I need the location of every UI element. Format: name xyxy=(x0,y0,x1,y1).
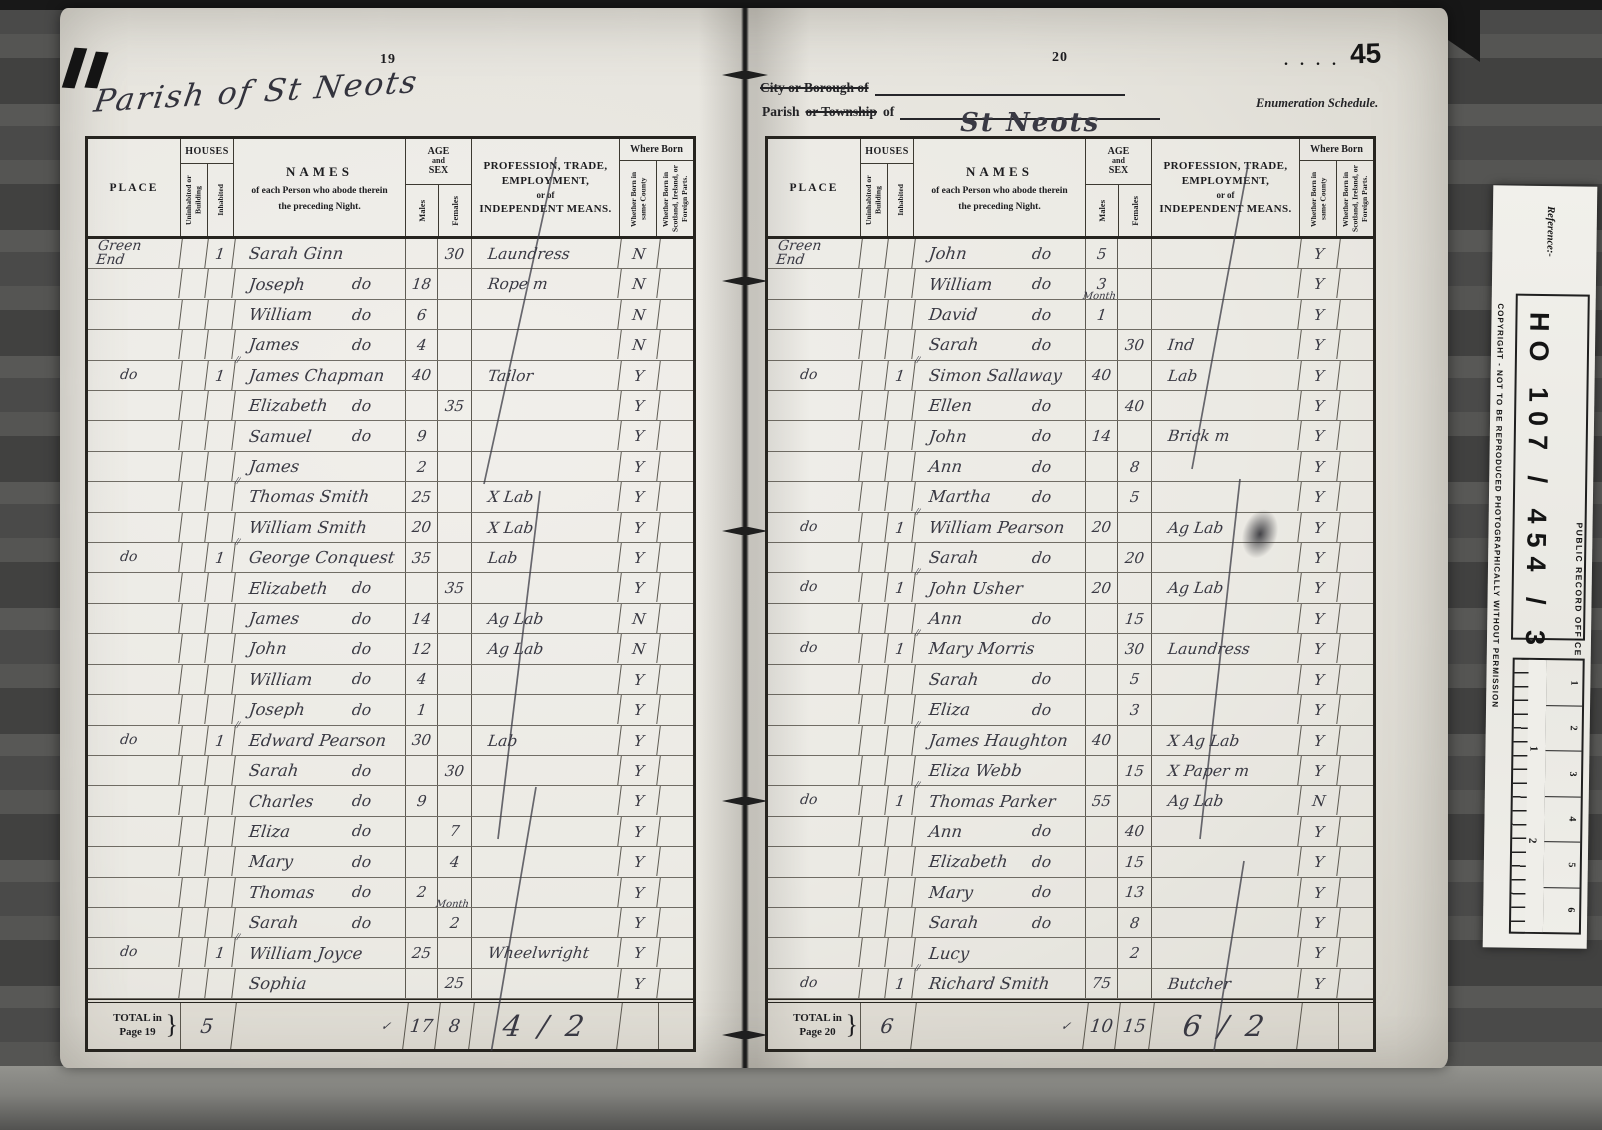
cell-age-female-value: 30 xyxy=(444,245,465,263)
cell-born-elsewhere xyxy=(657,665,695,694)
cell-age-male-value: 25 xyxy=(411,944,432,962)
census-row: Williamdo6N xyxy=(88,300,693,330)
cell-name: William Smith xyxy=(234,513,406,542)
cell-age-female xyxy=(438,300,472,329)
ditto-mark: do xyxy=(351,883,372,901)
col-header-uninhabited: Uninhabited or Building xyxy=(184,164,203,236)
ditto-mark: do xyxy=(1031,853,1052,871)
cell-uninhabited xyxy=(859,634,889,663)
census-row: do1//James Chapman40TailorY xyxy=(88,361,693,391)
col-header-born-same-county: Whether Born in same County xyxy=(1309,163,1328,235)
cell-profession: Lab xyxy=(470,543,622,572)
census-row: DaviddoMonth1Y xyxy=(768,300,1373,330)
census-row: do1//William Joyce25WheelwrightY xyxy=(88,938,693,968)
cell-place xyxy=(766,695,863,724)
cell-age-male: 75 xyxy=(1086,969,1118,998)
cell-age-male: 14 xyxy=(406,604,438,633)
cell-age-male-value: 14 xyxy=(411,610,432,628)
parish-label: Parish xyxy=(762,104,800,120)
col-header-born-elsewhere-cell: Whether Born in Scotland, Ireland, or Fo… xyxy=(657,161,693,236)
cell-age-male xyxy=(406,847,438,876)
names-subtitle-2: the preceding Night. xyxy=(278,202,360,212)
cell-place xyxy=(766,330,863,359)
ditto-mark: do xyxy=(1031,458,1052,476)
cell-name: Elizabethdo xyxy=(234,391,406,420)
ditto-mark: do xyxy=(1031,822,1052,840)
person-name: Thomas xyxy=(248,883,316,902)
totals-label: TOTAL inPage 20} xyxy=(768,1003,861,1049)
cell-age-female: 3 xyxy=(1118,695,1152,724)
cell-age-female-value: 15 xyxy=(1124,853,1145,871)
binding-tie xyxy=(722,796,768,806)
ruler-cm-label: 4 xyxy=(1566,817,1577,822)
ditto-mark: do xyxy=(1031,549,1052,567)
cell-age-male xyxy=(1086,330,1118,359)
cell-uninhabited xyxy=(179,330,209,359)
binding-tie xyxy=(722,1030,768,1040)
cell-place xyxy=(766,726,863,755)
cell-profession: X Lab xyxy=(470,513,622,542)
cell-inhabited xyxy=(205,908,236,937)
cell-inhabited xyxy=(885,269,916,298)
cell-inhabited xyxy=(885,482,916,511)
census-row: Sarahdo8Y xyxy=(768,908,1373,938)
census-row: Sarahdo30Y xyxy=(88,756,693,786)
census-row: Anndo40Y xyxy=(768,817,1373,847)
profession-line-2: EMPLOYMENT, xyxy=(502,175,590,187)
cell-age-male: 2 xyxy=(406,878,438,907)
cell-name: Anndo xyxy=(914,452,1086,481)
cell-uninhabited xyxy=(859,604,889,633)
totals-label-line-1: TOTAL in xyxy=(113,1012,162,1026)
cell-place xyxy=(86,878,183,907)
col-header-houses: HOUSES xyxy=(181,139,233,164)
cell-age-male xyxy=(1086,817,1118,846)
totals-born-1 xyxy=(1300,1003,1339,1049)
cell-born-same-county: Y xyxy=(1298,969,1341,998)
cell-age-male: 40 xyxy=(1086,361,1118,390)
cell-born-elsewhere xyxy=(1337,786,1375,815)
cell-age-male xyxy=(1086,847,1118,876)
cell-age-male: Month1 xyxy=(1086,300,1118,329)
cell-age-male-value: 20 xyxy=(1091,518,1112,536)
reference-strip: Reference:- HO 107 / 454 / 3 COPYRIGHT -… xyxy=(1483,185,1598,948)
cell-born-same-county: Y xyxy=(1298,573,1341,602)
cell-born-same-county: Y xyxy=(1298,938,1341,967)
census-table-page-20: PLACEHOUSESUninhabited or BuildingInhabi… xyxy=(765,136,1376,1052)
column-group-profession: PROFESSION, TRADE,EMPLOYMENT,or ofINDEPE… xyxy=(1152,139,1300,236)
cell-age-male: 55 xyxy=(1086,786,1118,815)
cell-age-male-value: 9 xyxy=(416,427,428,445)
names-subtitle-1: of each Person who abode therein xyxy=(251,186,387,196)
cell-age-female-value: 5 xyxy=(1129,488,1141,506)
cell-uninhabited xyxy=(859,482,889,511)
col-header-houses: HOUSES xyxy=(861,139,913,164)
ditto-mark: do xyxy=(351,397,372,415)
cell-place xyxy=(86,786,183,815)
cell-name: Samueldo xyxy=(234,421,406,450)
cell-name: //James Haughton xyxy=(914,726,1086,755)
cell-inhabited xyxy=(205,634,236,663)
cell-inhabited: 1 xyxy=(205,239,236,268)
census-row: Anndo15Y xyxy=(768,604,1373,634)
cell-place xyxy=(86,330,183,359)
cell-age-male: 30 xyxy=(406,726,438,755)
person-name: Ann xyxy=(928,457,964,476)
census-row: do1//Simon Sallaway40LabY xyxy=(768,361,1373,391)
cell-born-same-county: Y xyxy=(1298,726,1341,755)
totals-profession: 6 / 2 xyxy=(1149,1003,1303,1049)
cell-uninhabited xyxy=(179,908,209,937)
cell-place: do xyxy=(766,634,863,663)
totals-profession: 4 / 2 xyxy=(469,1003,623,1049)
cell-age-female xyxy=(438,361,472,390)
census-row: //Thomas Smith25X LabY xyxy=(88,482,693,512)
cell-uninhabited xyxy=(179,269,209,298)
stamp-dots: . . . . xyxy=(1284,52,1340,70)
cell-age-female-value: 2 xyxy=(449,914,461,932)
cell-uninhabited xyxy=(179,361,209,390)
cell-born-elsewhere xyxy=(657,269,695,298)
cell-age-female: Month2 xyxy=(438,908,472,937)
stamp-number: 45 xyxy=(1349,37,1381,70)
cell-born-same-county: Y xyxy=(1298,513,1341,542)
cell-age-male xyxy=(1086,938,1118,967)
totals-label-line-2: Page 20 xyxy=(799,1026,835,1040)
cell-age-female xyxy=(1118,513,1152,542)
cell-place xyxy=(86,756,183,785)
ruler-inch-label: 2 xyxy=(1526,838,1538,844)
cell-uninhabited xyxy=(859,330,889,359)
person-name: Ann xyxy=(928,822,964,841)
census-row: Jamesdo14Ag LabN xyxy=(88,604,693,634)
cell-uninhabited xyxy=(179,452,209,481)
cell-inhabited xyxy=(885,330,916,359)
col-header-females-cell: Females xyxy=(1119,185,1151,236)
cell-born-elsewhere xyxy=(657,543,695,572)
cell-age-male xyxy=(1086,665,1118,694)
cell-place: do xyxy=(766,969,863,998)
cell-name: //James Chapman xyxy=(234,361,406,390)
folio-stamp: . . . . 45 xyxy=(1284,38,1381,70)
col-header-born-same-county-cell: Whether Born in same County xyxy=(1300,161,1337,236)
profession-line-4: INDEPENDENT MEANS. xyxy=(479,203,611,215)
cell-inhabited: 1 xyxy=(205,361,236,390)
census-table-page-19: PLACEHOUSESUninhabited or BuildingInhabi… xyxy=(85,136,696,1052)
cell-place xyxy=(86,421,183,450)
cell-age-female xyxy=(438,330,472,359)
cell-place: do xyxy=(86,361,183,390)
cell-born-elsewhere xyxy=(1337,938,1375,967)
cell-age-male: 25 xyxy=(406,938,438,967)
cell-place xyxy=(86,391,183,420)
cell-age-male: 14 xyxy=(1086,421,1118,450)
cell-born-elsewhere xyxy=(657,756,695,785)
col-header-age-sex: AGEandSEX xyxy=(1086,139,1151,185)
cell-age-female: 2 xyxy=(1118,938,1152,967)
cell-age-female xyxy=(438,604,472,633)
cell-uninhabited xyxy=(179,878,209,907)
cell-age-male-value: 20 xyxy=(1091,579,1112,597)
person-name: Eliza Webb xyxy=(928,761,1023,780)
cell-name: Charlesdo xyxy=(234,786,406,815)
cell-place xyxy=(86,300,183,329)
ruler-cm-label: 2 xyxy=(1568,726,1579,731)
cell-profession xyxy=(470,847,622,876)
cell-born-same-county: Y xyxy=(618,665,661,694)
person-name: Mary xyxy=(248,852,294,871)
census-row: Eliza Webb15X Paper mY xyxy=(768,756,1373,786)
cell-born-same-county: Y xyxy=(618,421,661,450)
cell-profession xyxy=(1150,300,1302,329)
cell-place xyxy=(86,665,183,694)
cell-name: //Mary Morris xyxy=(914,634,1086,663)
profession-line-3: or of xyxy=(536,190,554,200)
cell-age-female: 15 xyxy=(1118,604,1152,633)
scanned-census-document: 19 Parish of St Neots 20 . . . . 45 Enum… xyxy=(0,0,1602,1130)
cell-inhabited xyxy=(885,756,916,785)
census-row: Elizado3Y xyxy=(768,695,1373,725)
census-row: Samueldo9Y xyxy=(88,421,693,451)
cell-place xyxy=(766,421,863,450)
person-name: Lucy xyxy=(928,944,970,963)
cell-inhabited: 1 xyxy=(885,969,916,998)
census-row: do1//Edward Pearson30LabY xyxy=(88,726,693,756)
person-name: James xyxy=(248,457,301,476)
ditto-mark: do xyxy=(1031,914,1052,932)
cell-age-male: 5 xyxy=(1086,239,1118,268)
cell-born-elsewhere xyxy=(657,513,695,542)
cell-name: Marthado xyxy=(914,482,1086,511)
cell-age-female xyxy=(1118,361,1152,390)
census-row: Jamesdo4N xyxy=(88,330,693,360)
col-header-uninhabited-cell: Uninhabited or Building xyxy=(861,164,888,236)
cell-profession: Ag Lab xyxy=(1150,786,1302,815)
person-name: Thomas Parker xyxy=(928,792,1057,811)
cell-born-elsewhere xyxy=(657,878,695,907)
person-name: Elizabeth xyxy=(248,579,329,598)
cell-name: Josephdo xyxy=(234,695,406,724)
cell-profession xyxy=(470,391,622,420)
cell-born-elsewhere xyxy=(1337,421,1375,450)
ditto-mark: do xyxy=(1031,670,1052,688)
cell-uninhabited xyxy=(859,817,889,846)
cell-born-same-county: Y xyxy=(1298,452,1341,481)
cell-uninhabited xyxy=(859,573,889,602)
ruler-inches: 12 xyxy=(1511,660,1547,932)
cell-born-same-county: Y xyxy=(1298,817,1341,846)
cell-age-male: 20 xyxy=(1086,573,1118,602)
census-row: Sarahdo30IndY xyxy=(768,330,1373,360)
cell-age-female xyxy=(438,726,472,755)
cell-uninhabited xyxy=(859,665,889,694)
cell-profession xyxy=(1150,938,1302,967)
cell-born-elsewhere xyxy=(657,695,695,724)
cell-profession: Laundress xyxy=(470,239,622,268)
census-row: James2Y xyxy=(88,452,693,482)
born-subcolumns: Whether Born in same CountyWhether Born … xyxy=(620,161,693,236)
cell-place xyxy=(86,604,183,633)
profession-line-1: PROFESSION, TRADE, xyxy=(1163,160,1287,172)
cell-inhabited xyxy=(205,452,236,481)
cell-inhabited xyxy=(885,938,916,967)
cell-profession xyxy=(1150,908,1302,937)
person-name: Mary xyxy=(928,883,974,902)
cell-age-female xyxy=(438,452,472,481)
ditto-mark: do xyxy=(351,610,372,628)
totals-brace: } xyxy=(166,1009,178,1042)
cell-name: Eliza Webb xyxy=(914,756,1086,785)
cell-inhabited xyxy=(885,543,916,572)
cell-born-same-county: N xyxy=(1298,786,1341,815)
cell-age-female-value: 15 xyxy=(1124,762,1145,780)
cell-born-same-county: Y xyxy=(618,726,661,755)
ditto-mark: do xyxy=(1031,397,1052,415)
cell-profession xyxy=(1150,239,1302,268)
cell-profession: Rope m xyxy=(470,269,622,298)
cell-age-male-value: 14 xyxy=(1091,427,1112,445)
cell-age-male: 4 xyxy=(406,665,438,694)
cell-born-elsewhere xyxy=(657,969,695,998)
cell-age-male-value: 40 xyxy=(411,366,432,384)
cell-uninhabited xyxy=(179,786,209,815)
cell-profession xyxy=(470,878,622,907)
cell-age-female xyxy=(438,421,472,450)
col-header-born-same-county-cell: Whether Born in same County xyxy=(620,161,657,236)
cell-age-female xyxy=(438,695,472,724)
ditto-mark: do xyxy=(351,579,372,597)
cell-profession xyxy=(1150,665,1302,694)
cell-place xyxy=(86,847,183,876)
cell-age-male-value: 25 xyxy=(411,488,432,506)
col-header-females-cell: Females xyxy=(439,185,471,236)
cell-born-same-county: Y xyxy=(1298,330,1341,359)
cell-age-male xyxy=(1086,391,1118,420)
cell-uninhabited xyxy=(859,452,889,481)
cell-uninhabited xyxy=(859,421,889,450)
cell-born-same-county: Y xyxy=(618,543,661,572)
person-name: Simon Sallaway xyxy=(928,366,1063,385)
cell-age-female-value: 20 xyxy=(1124,549,1145,567)
cell-profession xyxy=(470,786,622,815)
cell-age-female: 4 xyxy=(438,847,472,876)
cell-name: Thomasdo xyxy=(234,878,406,907)
ruler-centimetres: 123456 xyxy=(1543,660,1583,932)
cell-age-female xyxy=(438,786,472,815)
cell-age-female: 15 xyxy=(1118,756,1152,785)
cell-name: Sarah Ginn xyxy=(234,239,406,268)
cell-profession xyxy=(1150,543,1302,572)
cell-born-elsewhere xyxy=(657,239,695,268)
cell-name: Elizabethdo xyxy=(914,847,1086,876)
cell-name: Jamesdo xyxy=(234,604,406,633)
cell-age-female-value: 30 xyxy=(444,762,465,780)
cell-place xyxy=(766,391,863,420)
cell-age-male xyxy=(1086,908,1118,937)
cell-inhabited xyxy=(885,665,916,694)
cell-name: Sarahdo xyxy=(914,543,1086,572)
cell-profession xyxy=(1150,269,1302,298)
cell-name: Marydo xyxy=(234,847,406,876)
city-borough-label: City or Borough of xyxy=(760,80,869,96)
cell-born-same-county: Y xyxy=(618,452,661,481)
cell-name: Sarahdo xyxy=(914,908,1086,937)
cell-place: Green End xyxy=(766,239,863,268)
cell-profession xyxy=(1150,604,1302,633)
cell-inhabited xyxy=(885,421,916,450)
cell-name: //Simon Sallaway xyxy=(914,361,1086,390)
cell-age-female: 30 xyxy=(438,239,472,268)
ditto-mark: do xyxy=(1031,306,1052,324)
person-name: John xyxy=(928,427,968,446)
census-row: Charlesdo9Y xyxy=(88,786,693,816)
cell-profession xyxy=(1150,452,1302,481)
cell-name: Jamesdo xyxy=(234,330,406,359)
census-row: do1//Thomas Parker55Ag LabN xyxy=(768,786,1373,816)
enumeration-schedule-label: Enumeration Schedule. xyxy=(1256,96,1378,111)
cell-uninhabited xyxy=(179,300,209,329)
person-name: William xyxy=(928,275,994,294)
ditto-mark: do xyxy=(351,762,372,780)
age-unit-note: Month xyxy=(1082,291,1117,302)
cell-born-same-county: Y xyxy=(618,573,661,602)
person-name: James Chapman xyxy=(248,366,386,385)
person-name: Elizabeth xyxy=(248,396,329,415)
cell-uninhabited xyxy=(859,847,889,876)
cell-profession: Ag Lab xyxy=(470,634,622,663)
ruler-cm-label: 3 xyxy=(1567,771,1578,776)
cell-age-female-value: 8 xyxy=(1129,914,1141,932)
table-body: Green EndJohndo5YWilliamdo3YDaviddoMonth… xyxy=(768,239,1373,999)
cell-place xyxy=(86,269,183,298)
city-borough-line: City or Borough of xyxy=(760,80,1125,96)
cell-place: do xyxy=(766,513,863,542)
age-line-3: SEX xyxy=(429,166,448,177)
cell-profession: X Ag Lab xyxy=(1150,726,1302,755)
col-header-born-elsewhere: Whether Born in Scotland, Ireland, or Fo… xyxy=(1341,163,1369,235)
column-group-place: PLACE xyxy=(88,139,181,236)
cell-born-elsewhere xyxy=(1337,482,1375,511)
column-group-age-sex: AGEandSEXMalesFemales xyxy=(406,139,472,236)
cell-uninhabited xyxy=(179,938,209,967)
houses-subcolumns: Uninhabited or BuildingInhabited xyxy=(181,164,233,236)
cell-name: Sarahdo xyxy=(234,908,406,937)
cell-inhabited xyxy=(205,695,236,724)
col-header-females: Females xyxy=(450,196,461,226)
cell-name: Elizado xyxy=(914,695,1086,724)
census-row: Green EndJohndo5Y xyxy=(768,239,1373,269)
cell-uninhabited xyxy=(179,634,209,663)
cell-born-same-county: Y xyxy=(1298,908,1341,937)
cell-uninhabited xyxy=(859,756,889,785)
cell-age-male-value: 75 xyxy=(1091,974,1112,992)
cell-born-elsewhere xyxy=(657,391,695,420)
cell-age-female xyxy=(438,513,472,542)
cell-age-male xyxy=(1086,695,1118,724)
cell-born-same-county: Y xyxy=(618,391,661,420)
cell-uninhabited xyxy=(179,969,209,998)
person-name: John xyxy=(248,639,288,658)
cell-born-same-county: N xyxy=(618,269,661,298)
cell-age-male xyxy=(1086,634,1118,663)
column-group-profession: PROFESSION, TRADE,EMPLOYMENT,or ofINDEPE… xyxy=(472,139,620,236)
cell-age-female xyxy=(1118,300,1152,329)
totals-females: 15 xyxy=(1115,1003,1155,1049)
cell-place xyxy=(86,513,183,542)
ditto-mark: do xyxy=(351,822,372,840)
col-header-inhabited-cell: Inhabited xyxy=(208,164,234,236)
cell-uninhabited xyxy=(859,969,889,998)
